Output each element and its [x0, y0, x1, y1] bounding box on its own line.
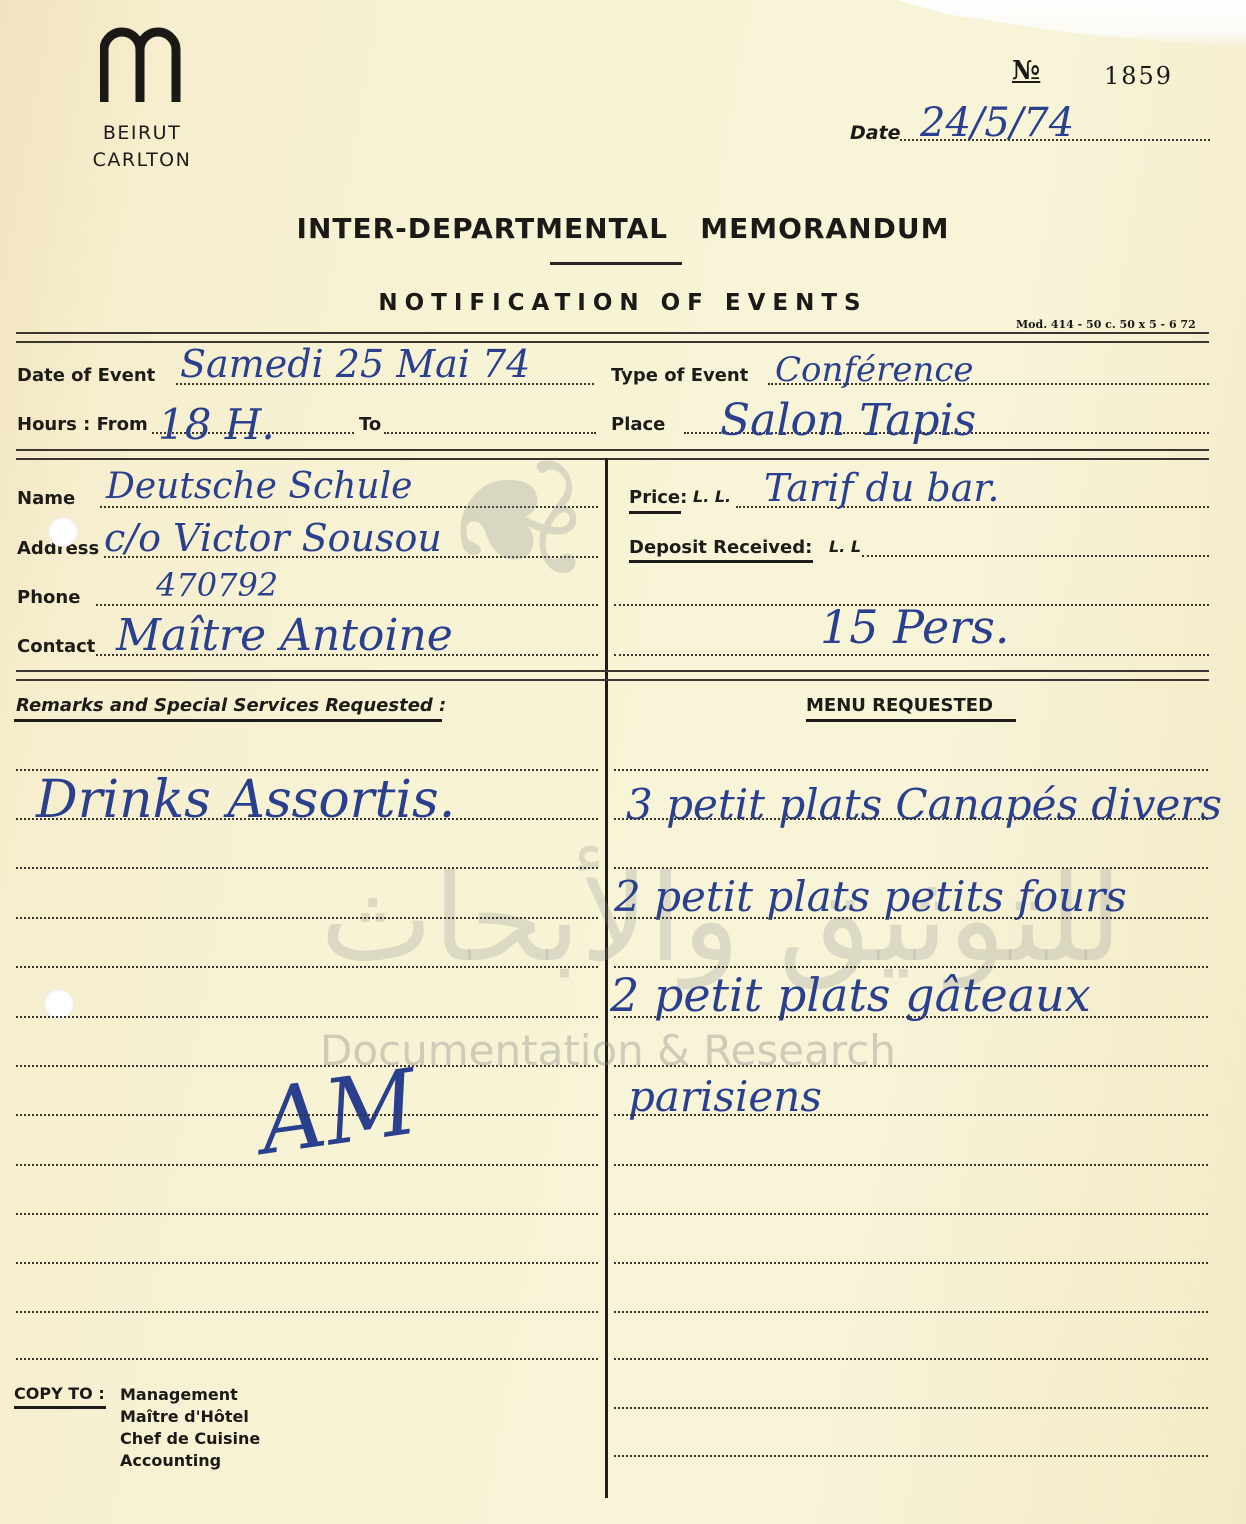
persons-value[interactable]: 15 Pers. — [820, 600, 1009, 654]
remarks-ruled-line — [16, 1016, 598, 1018]
menu-ruled-line — [614, 1065, 1208, 1067]
copy-recipient: Chef de Cuisine — [120, 1428, 260, 1450]
client-name-label: Name — [17, 488, 75, 509]
deposit-currency: L. L — [829, 537, 861, 556]
remarks-ruled-line — [16, 1311, 598, 1313]
deposit-underline — [629, 560, 813, 563]
client-address-value[interactable]: c/o Victor Sousou — [104, 516, 442, 560]
menu-ruled-line — [614, 1262, 1208, 1264]
punch-hole-top — [48, 517, 78, 547]
double-rule-lower — [16, 670, 1209, 681]
remarks-underline — [14, 719, 442, 722]
deposit-line[interactable] — [862, 555, 1209, 557]
copy-to-label: COPY TO : — [14, 1384, 105, 1403]
type-of-event-label: Type of Event — [611, 365, 748, 386]
deposit-label: Deposit Received: — [629, 537, 812, 558]
menu-ruled-line — [614, 1455, 1208, 1457]
menu-ruled-line — [614, 1311, 1208, 1313]
hotel-name-line2: CARLTON — [74, 147, 210, 174]
page-subtitle: NOTIFICATION OF EVENTS — [0, 290, 1246, 316]
page-title: INTER-DEPARTMENTAL MEMORANDUM — [0, 212, 1246, 245]
menu-ruled-line — [614, 818, 1208, 820]
remarks-ruled-line — [16, 1213, 598, 1215]
hotel-name-line1: BEIRUT — [74, 120, 210, 147]
remarks-line-1[interactable]: Drinks Assortis. — [36, 770, 455, 830]
menu-ruled-line — [614, 867, 1208, 869]
client-name-value[interactable]: Deutsche Schule — [106, 466, 412, 507]
place-label: Place — [611, 414, 665, 435]
hours-to-line[interactable] — [384, 432, 596, 434]
price-currency: L. L. — [693, 487, 731, 506]
menu-ruled-line — [614, 1407, 1208, 1409]
price-underline — [629, 511, 681, 514]
form-code: Mod. 414 - 50 c. 50 x 5 - 6 72 — [1016, 318, 1196, 331]
menu-ruled-line — [614, 769, 1208, 771]
menu-underline — [806, 719, 1016, 722]
pricing-blank-line-2 — [614, 654, 1209, 656]
signature: AM — [253, 1050, 423, 1176]
hours-from-value[interactable]: 18 H. — [158, 400, 275, 449]
copy-recipient: Accounting — [120, 1450, 260, 1472]
form-number-value: 1859 — [1104, 62, 1173, 90]
menu-ruled-line — [614, 1016, 1208, 1018]
menu-ruled-line — [614, 917, 1208, 919]
place-value[interactable]: Salon Tapis — [720, 395, 976, 446]
remarks-ruled-line — [16, 1114, 598, 1116]
remarks-ruled-line — [16, 1065, 598, 1067]
punch-hole-bottom — [44, 989, 74, 1019]
client-phone-label: Phone — [17, 587, 80, 608]
hours-from-label: Hours : From — [17, 414, 148, 435]
menu-ruled-line — [614, 1114, 1208, 1116]
menu-ruled-line — [614, 1358, 1208, 1360]
date-of-event-label: Date of Event — [17, 365, 155, 386]
copy-recipient: Management — [120, 1384, 260, 1406]
client-phone-value[interactable]: 470792 — [156, 566, 278, 604]
client-contact-value[interactable]: Maître Antoine — [116, 610, 453, 661]
hotel-name: BEIRUT CARLTON — [74, 120, 210, 174]
menu-ruled-line — [614, 966, 1208, 968]
remarks-ruled-line — [16, 966, 598, 968]
remarks-ruled-line — [16, 769, 598, 771]
date-of-event-value[interactable]: Samedi 25 Mai 74 — [180, 342, 530, 386]
menu-ruled-line — [614, 1213, 1208, 1215]
watermark-logo: ❦ — [430, 450, 600, 592]
title-underline — [550, 262, 682, 265]
menu-heading: MENU REQUESTED — [806, 695, 993, 716]
client-contact-label: Contact — [17, 636, 95, 657]
remarks-heading: Remarks and Special Services Requested : — [16, 695, 446, 716]
copy-to-list: Management Maître d'Hôtel Chef de Cuisin… — [120, 1384, 260, 1472]
form-number-label: № — [1012, 56, 1040, 86]
type-of-event-value[interactable]: Conférence — [775, 350, 974, 390]
client-phone-line — [96, 604, 598, 606]
hours-to-label: To — [359, 414, 381, 435]
remarks-ruled-line — [16, 1164, 598, 1166]
remarks-ruled-line — [16, 818, 598, 820]
memo-date-value[interactable]: 24/5/74 — [920, 100, 1074, 146]
hotel-logo-icon — [100, 22, 182, 102]
remarks-ruled-line — [16, 1262, 598, 1264]
copy-to-underline — [14, 1406, 106, 1409]
menu-line-3[interactable]: 2 petit plats gâteaux — [610, 968, 1091, 1022]
remarks-ruled-line — [16, 1358, 598, 1360]
price-label: Price: — [629, 487, 687, 508]
price-value[interactable]: Tarif du bar. — [764, 466, 999, 510]
menu-line-2[interactable]: 2 petit plats petits fours — [614, 872, 1127, 921]
menu-line-1[interactable]: 3 petit plats Canapés divers — [626, 780, 1222, 829]
torn-paper-edge — [820, 0, 1246, 48]
remarks-ruled-line — [16, 867, 598, 869]
remarks-ruled-line — [16, 917, 598, 919]
copy-recipient: Maître d'Hôtel — [120, 1406, 260, 1428]
menu-ruled-line — [614, 1164, 1208, 1166]
memo-date-label: Date — [850, 122, 901, 144]
